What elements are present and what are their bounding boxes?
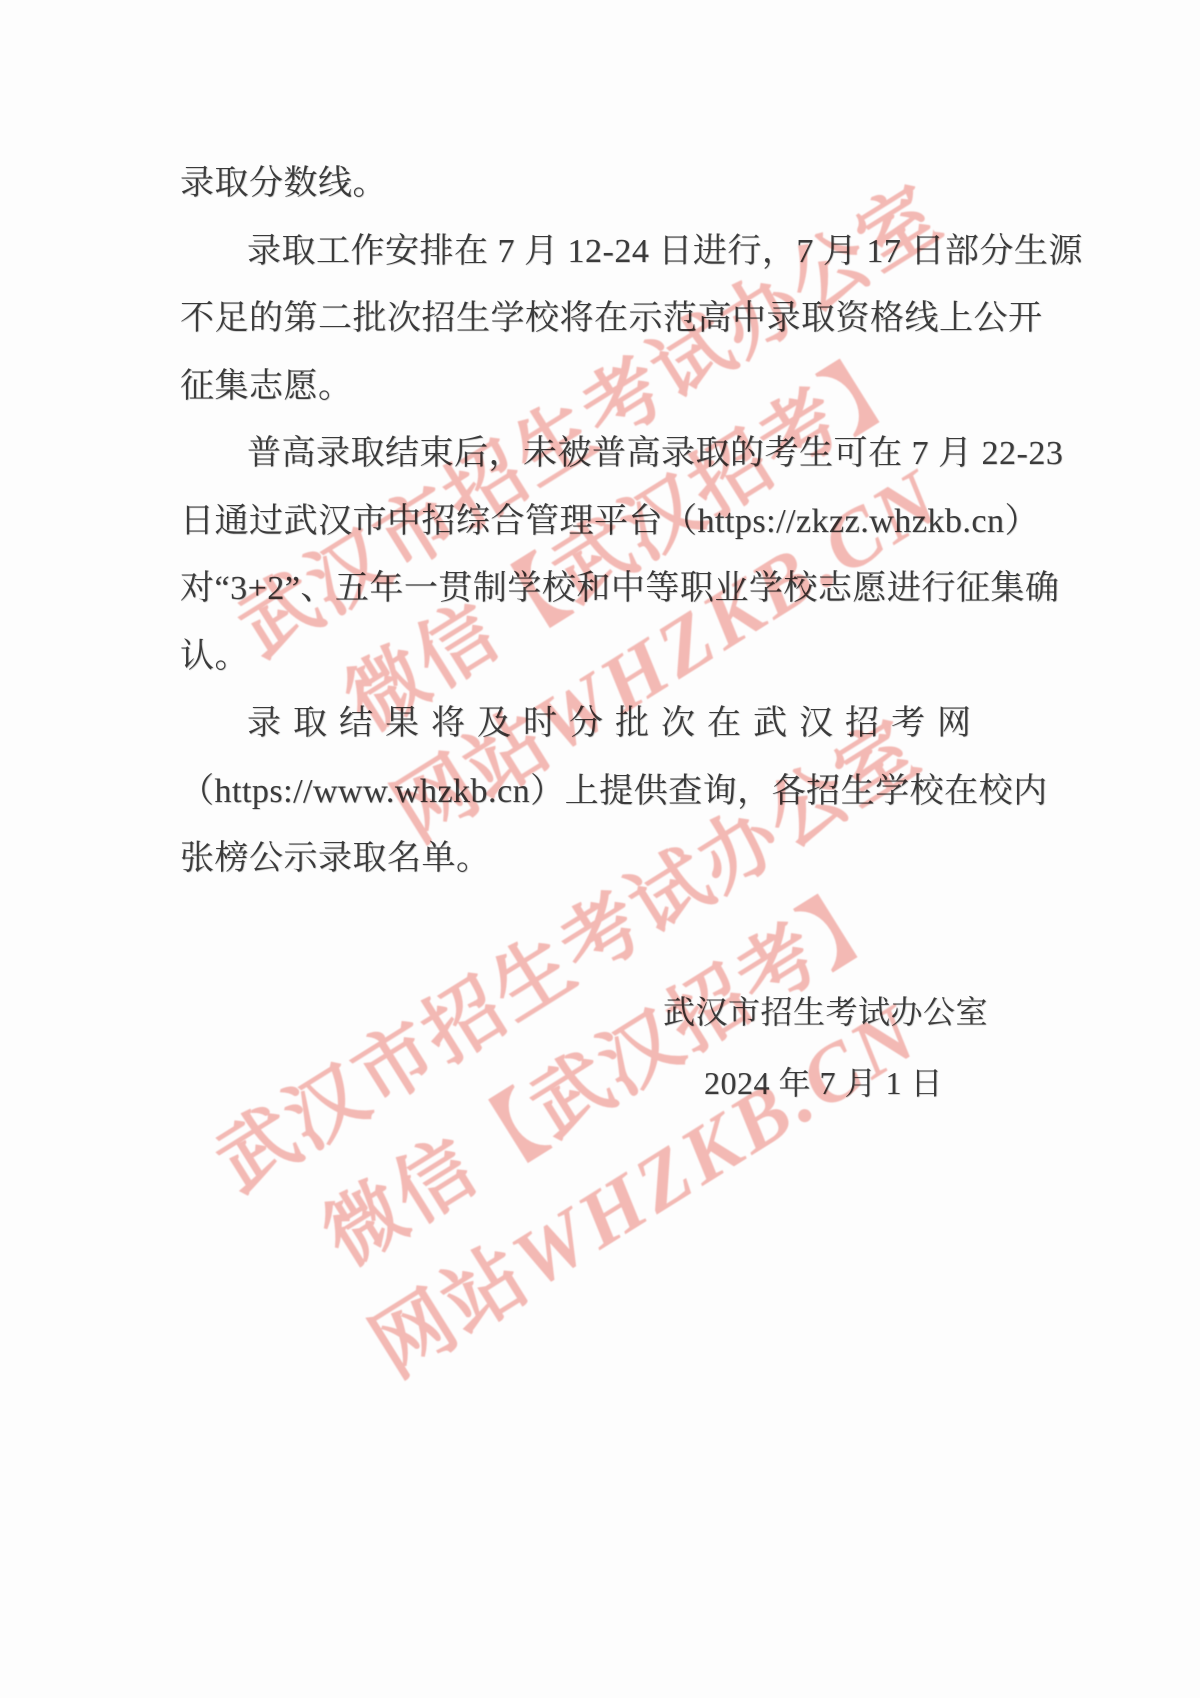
body-line: 认。 [180, 623, 1020, 691]
body-line: 录取结果将及时分批次在武汉招考网 [180, 690, 1020, 758]
body-line: 对“3+2”、五年一贯制学校和中等职业学校志愿进行征集确 [180, 555, 1020, 623]
body-line: （https://www.whzkb.cn）上提供查询，各招生学校在校内 [180, 758, 1020, 826]
watermark-website-text: 网站WHZKB.CN [349, 894, 1071, 1407]
watermark-website-prefix: 网站 [357, 1231, 544, 1394]
watermark-website-url: WHZKB.CN [498, 987, 935, 1305]
document-body: 录取分数线。 录取工作安排在 7 月 12-24 日进行，7 月 17 日部分生… [180, 150, 1020, 893]
body-line: 普高录取结束后，未被普高录取的考生可在 7 月 22-23 [180, 420, 1020, 488]
document-page: 武汉市招生考试办公室 微信【武汉招考】 网站WHZKB.CN 武汉市招生考试办公… [0, 0, 1200, 1698]
body-line: 录取工作安排在 7 月 12-24 日进行，7 月 17 日部分生源 [180, 218, 1020, 286]
body-line: 录取分数线。 [180, 150, 1020, 218]
signature-line: 武汉市招生考试办公室 [663, 992, 988, 1032]
date-line: 2024 年 7 月 1 日 [704, 1063, 943, 1103]
body-line: 日通过武汉市中招综合管理平台（https://zkzz.whzkb.cn） [180, 488, 1020, 556]
body-line: 张榜公示录取名单。 [180, 825, 1020, 893]
body-line: 不足的第二批次招生学校将在示范高中录取资格线上公开 [180, 285, 1020, 353]
body-line: 征集志愿。 [180, 353, 1020, 421]
